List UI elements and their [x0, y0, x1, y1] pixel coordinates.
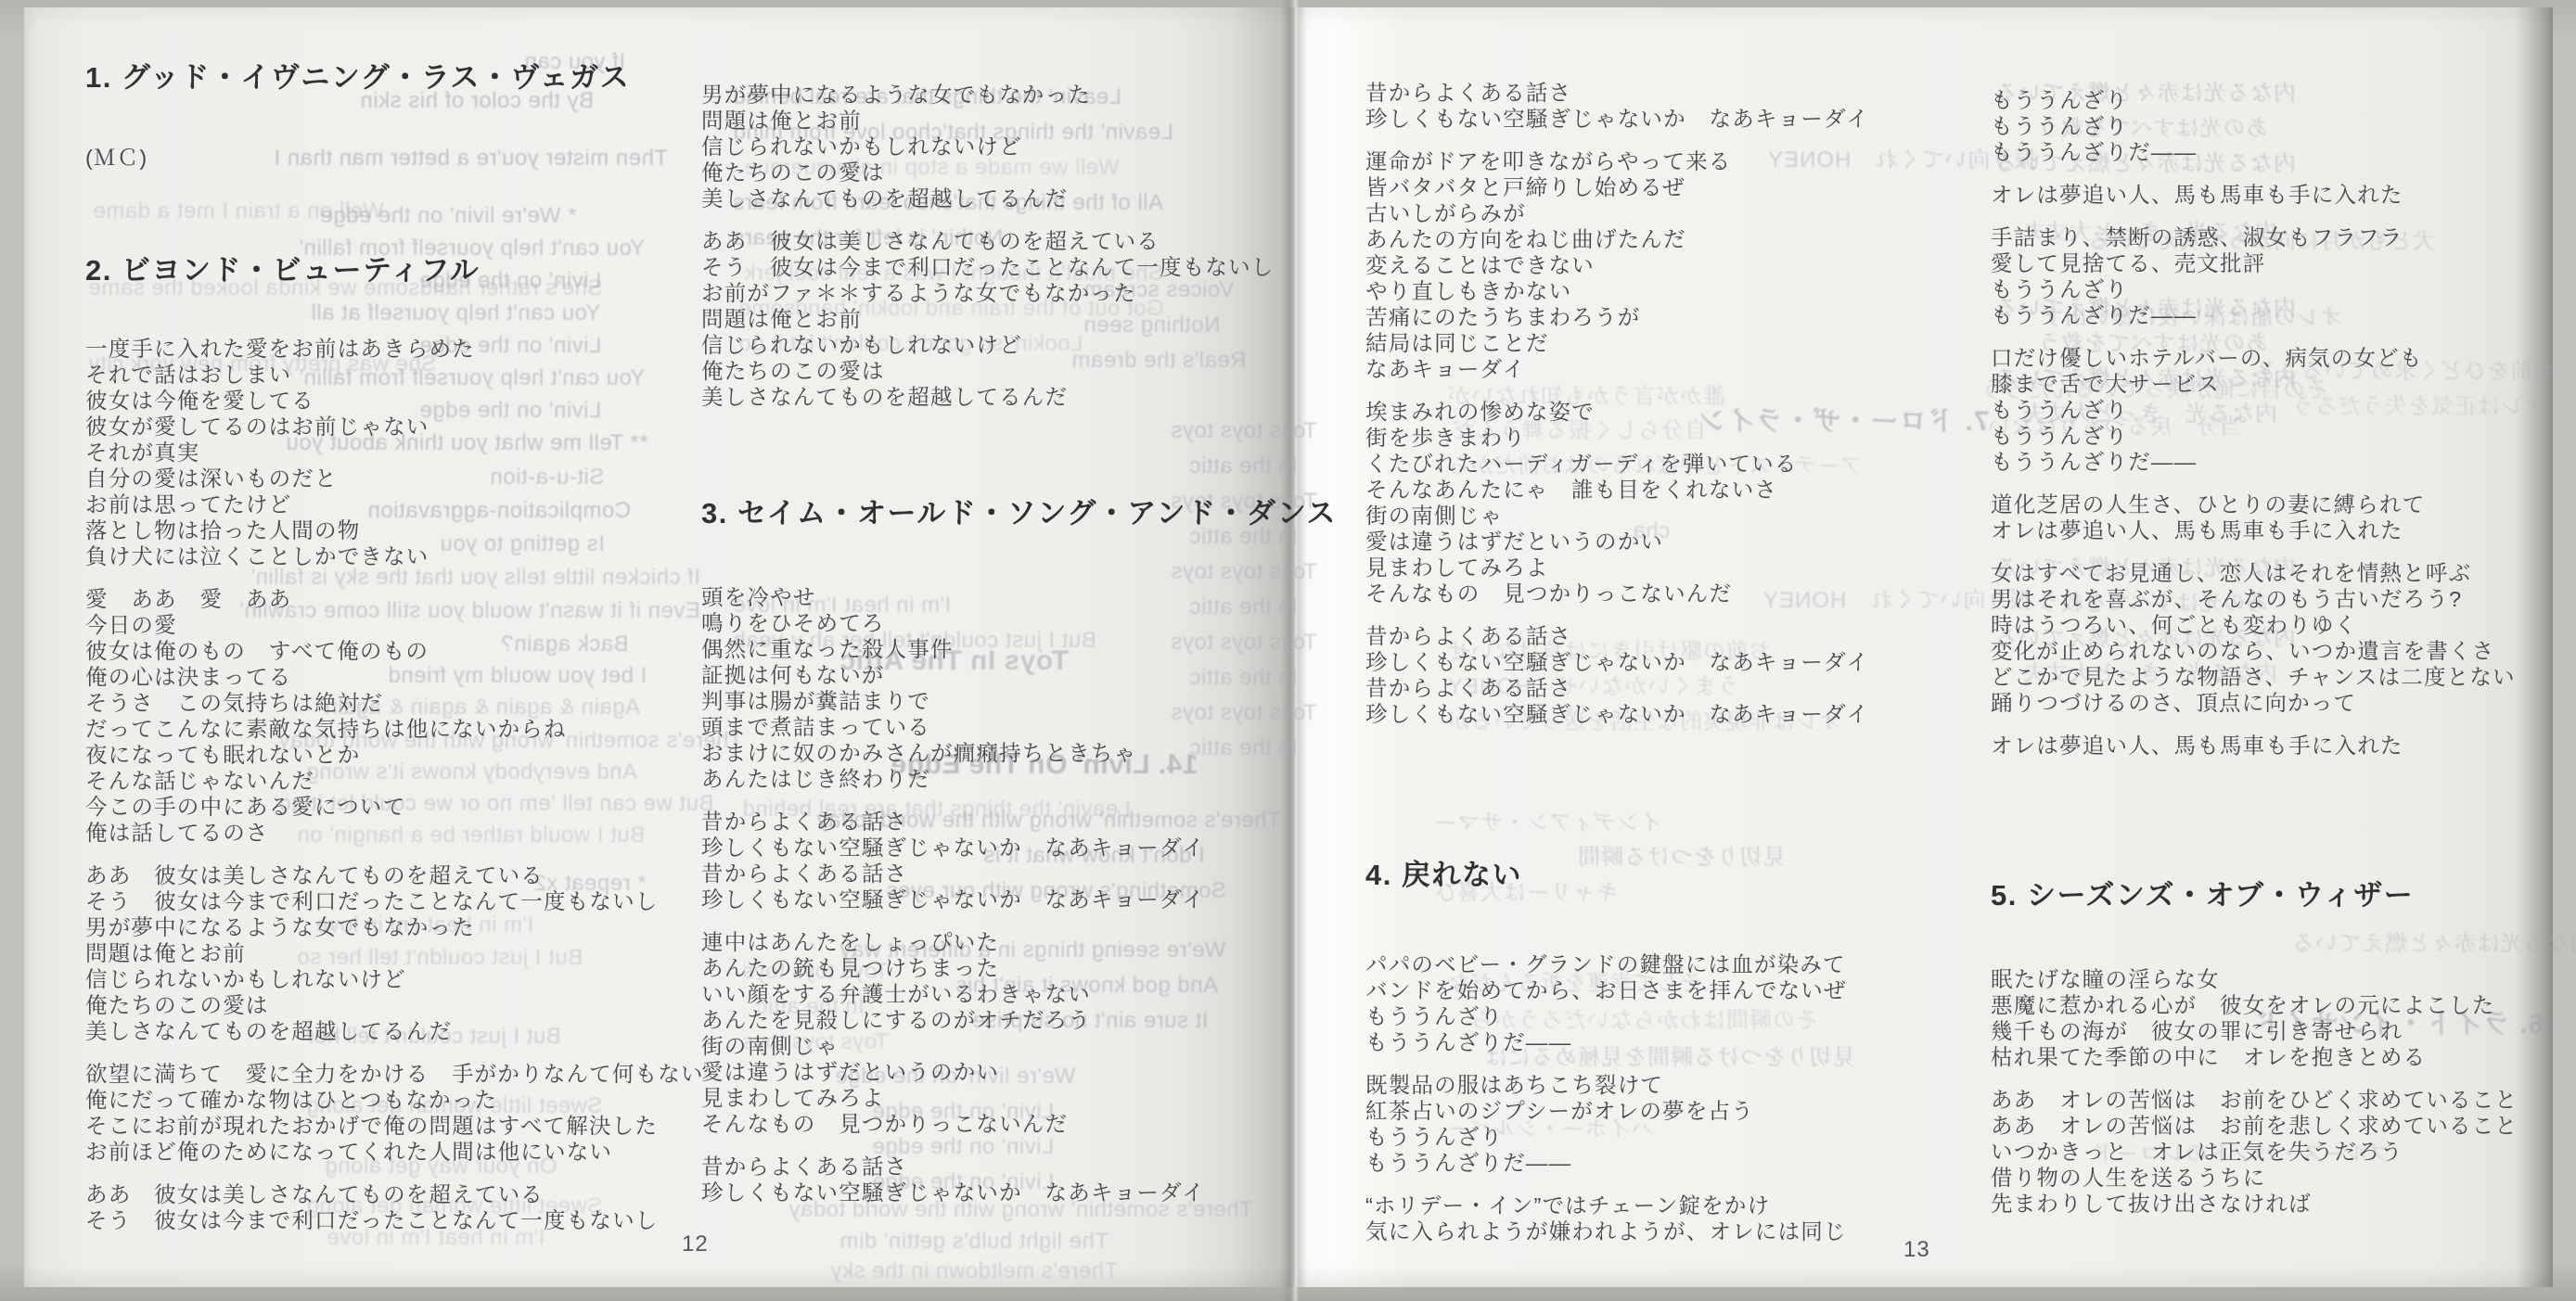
lyric-line: 昔からよくある話さ — [1365, 675, 1959, 701]
lyric-line: ああ 彼女は美しさなんてものを超えている — [701, 228, 1295, 254]
lyric-line: そこにお前が現れたおかげで俺の問題はすべて解決した — [85, 1113, 679, 1139]
lyric-line: 見まわしてみろよ — [1365, 555, 1959, 580]
lyric-line: 古いしがらみが — [1365, 200, 1959, 226]
lyric-line: もううんざり — [1991, 397, 2566, 423]
lyric-line: あんたはじき終わりだ — [701, 766, 1295, 792]
lyric-line: 苦痛にのたうちまわろうが — [1365, 304, 1959, 330]
lyric-line: 信じられないかもしれないけど — [701, 134, 1295, 159]
lyric-line: もううんざり — [1991, 113, 2566, 139]
lyric-line: 街の南側じゃ — [701, 1033, 1295, 1059]
lyric-line: あんたの銃も見つけちまった — [701, 955, 1295, 981]
lyric-line: 借り物の人生を送るうちに — [1991, 1165, 2566, 1191]
lyric-line: もううんざり — [1991, 87, 2566, 113]
lyric-line: お前ほど俺のためになってくれた人間は他にいない — [85, 1139, 679, 1165]
lyric-line: 信じられないかもしれないけど — [85, 966, 679, 992]
lyric-line: いつかきっと オレは正気を失うだろう — [1991, 1139, 2566, 1165]
lyric-line: 埃まみれの惨めな姿で — [1365, 399, 1959, 425]
lyric-line: もううんざりだ―― — [1365, 1029, 1959, 1055]
lyric-line: 気に入られようが嫌われようが、オレには同じ — [1365, 1218, 1959, 1244]
lyric-line: 連中はあんたをしょっぴいた — [701, 929, 1295, 955]
lyric-line: 証拠は何もないが — [701, 662, 1295, 688]
lyrics-column-4: もううんざりもううんざりもううんざりだ――オレは夢追い人、馬も馬車も手に入れた手… — [1991, 87, 2566, 1217]
lyric-line: 愛は違うはずだというのかい — [701, 1059, 1295, 1085]
lyric-stanza: ああ 彼女は美しさなんてものを超えているそう 彼女は今まで利口だったことなんて一… — [701, 228, 1295, 410]
lyric-line: 美しさなんてものを超越してるんだ — [701, 185, 1295, 211]
lyric-line: 美しさなんてものを超越してるんだ — [701, 384, 1295, 410]
lyric-stanza: 昔からよくある話さ珍しくもない空騒ぎじゃないか なあキョーダイ昔からよくある話さ… — [701, 809, 1295, 912]
lyric-stanza: 頭を冷やせ鳴りをひそめてろ偶然に重なった殺人事件証拠は何もないが判事は腸が糞詰ま… — [701, 584, 1295, 792]
lyric-line: (ＭＣ) — [85, 145, 679, 171]
lyrics-column-1: 1. グッド・イヴニング・ラス・ヴェガス(ＭＣ)2. ビヨンド・ビューティフル一… — [85, 59, 679, 1233]
lyric-line: お前がファ＊＊するような女でもなかった — [701, 280, 1295, 306]
lyric-line: あんたを見殺しにするのがオチだろう — [701, 1007, 1295, 1033]
lyric-line: 昔からよくある話さ — [1365, 80, 1959, 106]
lyric-line: 街を歩きまわり — [1365, 425, 1959, 451]
lyric-line: 判事は腸が糞詰まりで — [701, 688, 1295, 714]
lyric-line: 変えることはできない — [1365, 252, 1959, 278]
lyric-line: もううんざりだ―― — [1991, 302, 2566, 328]
lyric-line: 男が夢中になるような女でもなかった — [701, 82, 1295, 108]
lyric-line: もううんざりだ―― — [1991, 449, 2566, 475]
lyric-stanza: 手詰まり、禁断の誘惑、淑女もフラフラ愛して見捨てる、売文批評もううんざりもううん… — [1991, 224, 2566, 328]
lyric-line: 俺たちのこの愛は — [701, 159, 1295, 185]
lyric-line: 頭まで煮詰まっている — [701, 714, 1295, 740]
lyric-line: いい顔をする弁護士がいるわきゃない — [701, 981, 1295, 1007]
lyric-line: 欲望に満ちて 愛に全力をかける 手がかりなんて何もない — [85, 1061, 679, 1087]
lyric-line: 変化が止められないのなら、いつか遺言を書くさ — [1991, 638, 2566, 664]
lyric-stanza: オレは夢追い人、馬も馬車も手に入れた — [1991, 733, 2566, 759]
lyric-stanza: 道化芝居の人生さ、ひとりの妻に縛られてオレは夢追い人、馬も馬車も手に入れた — [1991, 491, 2566, 543]
lyric-line: 悪魔に惹かれる心が 彼女をオレの元によこした — [1991, 992, 2566, 1018]
lyric-line: 彼女は今俺を愛してる — [85, 388, 679, 414]
lyric-line: あんたの方向をねじ曲げたんだ — [1365, 226, 1959, 252]
lyric-line: ああ オレの苦悩は お前をひどく求めていること — [1991, 1087, 2566, 1113]
lyric-line: 今この手の中にある愛について — [85, 794, 679, 820]
lyric-stanza: (ＭＣ) — [85, 145, 679, 171]
lyric-line: 珍しくもない空騒ぎじゃないか なあキョーダイ — [1365, 701, 1959, 727]
lyric-line: 問題は俺とお前 — [701, 306, 1295, 332]
lyric-line: 珍しくもない空騒ぎじゃないか なあキョーダイ — [1365, 106, 1959, 132]
lyric-line: 見まわしてみろよ — [701, 1085, 1295, 1111]
lyric-line: パパのベビー・グランドの鍵盤には血が染みて — [1365, 951, 1959, 977]
lyric-line: 口だけ優しいホテルバーの、病気の女ども — [1991, 345, 2566, 371]
lyric-line: 彼女が愛してるのはお前じゃない — [85, 414, 679, 440]
lyrics-column-3: 昔からよくある話さ珍しくもない空騒ぎじゃないか なあキョーダイ運命がドアを叩きな… — [1365, 80, 1959, 1244]
lyric-line: 俺たちのこの愛は — [701, 358, 1295, 384]
lyric-line: 膝まで舌で大サービス — [1991, 371, 2566, 397]
lyric-line: 昔からよくある話さ — [701, 861, 1295, 886]
lyric-line: そう 彼女は今まで利口だったことなんて一度もないし — [85, 888, 679, 914]
lyric-line: ああ オレの苦悩は お前を悲しく求めていること — [1991, 1113, 2566, 1139]
lyric-line: オレは夢追い人、馬も馬車も手に入れた — [1991, 182, 2566, 208]
lyric-line: なあキョーダイ — [1365, 356, 1959, 382]
lyric-line: 手詰まり、禁断の誘惑、淑女もフラフラ — [1991, 224, 2566, 250]
lyric-line: オレは夢追い人、馬も馬車も手に入れた — [1991, 517, 2566, 543]
lyric-line: 街の南側じゃ — [1365, 503, 1959, 529]
lyric-line: 愛して見捨てる、売文批評 — [1991, 250, 2566, 276]
song-title: 4. 戻れない — [1365, 857, 1959, 894]
lyric-line: もううんざり — [1365, 1003, 1959, 1029]
lyric-line: オレは夢追い人、馬も馬車も手に入れた — [1991, 733, 2566, 759]
lyric-line: もううんざり — [1991, 423, 2566, 449]
lyric-line: 男はそれを喜ぶが、そんなのもう古いだろう? — [1991, 586, 2566, 612]
lyric-line: 今日の愛 — [85, 612, 679, 638]
lyric-stanza: 昔からよくある話さ珍しくもない空騒ぎじゃないか なあキョーダイ — [1365, 80, 1959, 132]
lyric-line: 鳴りをひそめてろ — [701, 610, 1295, 636]
lyric-line: 男が夢中になるような女でもなかった — [85, 914, 679, 940]
song-title: 1. グッド・イヴニング・ラス・ヴェガス — [85, 59, 679, 96]
lyric-line: 珍しくもない空騒ぎじゃないか なあキョーダイ — [701, 1180, 1295, 1205]
lyric-line: 俺にだって確かな物はひとつもなかった — [85, 1087, 679, 1113]
lyrics-column-2: 男が夢中になるような女でもなかった問題は俺とお前信じられないかもしれないけど俺た… — [701, 82, 1295, 1205]
lyric-line: そう 彼女は今まで利口だったことなんて一度もないし — [85, 1207, 679, 1233]
lyric-stanza: 欲望に満ちて 愛に全力をかける 手がかりなんて何もない俺にだって確かな物はひとつ… — [85, 1061, 679, 1165]
lyric-stanza: 運命がドアを叩きながらやって来る皆バタバタと戸締りし始めるぜ古いしがらみがあんた… — [1365, 148, 1959, 382]
lyric-stanza: 連中はあんたをしょっぴいたあんたの銃も見つけちまったいい顔をする弁護士がいるわき… — [701, 929, 1295, 1137]
lyric-stanza: 男が夢中になるような女でもなかった問題は俺とお前信じられないかもしれないけど俺た… — [701, 82, 1295, 211]
page-number-left: 12 — [682, 1231, 709, 1257]
lyric-line: 踊りつづけるのさ、頂点に向かって — [1991, 690, 2566, 716]
lyric-line: もううんざり — [1365, 1124, 1959, 1150]
lyric-line: 珍しくもない空騒ぎじゃないか なあキョーダイ — [701, 886, 1295, 912]
lyric-line: 俺たちのこの愛は — [85, 992, 679, 1018]
lyric-line: そんなもの 見つかりっこないんだ — [701, 1111, 1295, 1137]
lyric-line: そうさ この気持ちは絶対だ — [85, 690, 679, 716]
lyric-line: 一度手に入れた愛をお前はあきらめた — [85, 336, 679, 362]
lyric-line: そんな話じゃないんだ — [85, 768, 679, 794]
lyric-stanza: 昔からよくある話さ珍しくもない空騒ぎじゃないか なあキョーダイ — [701, 1154, 1295, 1205]
lyric-line: 信じられないかもしれないけど — [701, 332, 1295, 358]
lyric-line: 既製品の服はあちこち裂けて — [1365, 1072, 1959, 1098]
song-title: 2. ビヨンド・ビューティフル — [85, 252, 679, 289]
lyric-line: 頭を冷やせ — [701, 584, 1295, 610]
lyric-line: 紅茶占いのジプシーがオレの夢を占う — [1365, 1098, 1959, 1124]
lyric-line: どこかで見たような物語さ、チャンスは二度とない — [1991, 664, 2566, 690]
lyric-line: 道化芝居の人生さ、ひとりの妻に縛られて — [1991, 491, 2566, 517]
lyric-line: ああ 彼女は美しさなんてものを超えている — [85, 1181, 679, 1207]
lyric-line: 珍しくもない空騒ぎじゃないか なあキョーダイ — [1365, 649, 1959, 675]
song-title: 5. シーズンズ・オブ・ウィザー — [1991, 877, 2566, 914]
lyric-line: 昔からよくある話さ — [1365, 623, 1959, 649]
lyric-line: そんなあんたにゃ 誰も目をくれないさ — [1365, 477, 1959, 503]
lyric-line: 愛は違うはずだというのかい — [1365, 529, 1959, 555]
lyric-stanza: 女はすべてお見通し、恋人はそれを情熱と呼ぶ男はそれを喜ぶが、そんなのもう古いだろ… — [1991, 560, 2566, 716]
lyric-line: 負け犬には泣くことしかできない — [85, 543, 679, 569]
lyric-line: 落とし物は拾った人間の物 — [85, 517, 679, 543]
lyric-line: 問題は俺とお前 — [701, 108, 1295, 134]
lyric-stanza: 既製品の服はあちこち裂けて紅茶占いのジプシーがオレの夢を占うもううんざりもううん… — [1365, 1072, 1959, 1176]
lyric-line: 皆バタバタと戸締りし始めるぜ — [1365, 174, 1959, 200]
lyric-stanza: 口だけ優しいホテルバーの、病気の女ども膝まで舌で大サービスもううんざりもううんざ… — [1991, 345, 2566, 475]
lyric-stanza: ああ 彼女は美しさなんてものを超えているそう 彼女は今まで利口だったことなんて一… — [85, 862, 679, 1044]
lyric-line: 昔からよくある話さ — [701, 809, 1295, 835]
lyric-line: やり直しもきかない — [1365, 278, 1959, 304]
lyric-line: それで話はおしまい — [85, 362, 679, 388]
lyric-stanza: ああ 彼女は美しさなんてものを超えているそう 彼女は今まで利口だったことなんて一… — [85, 1181, 679, 1233]
lyric-line: もううんざり — [1991, 276, 2566, 302]
lyric-line: おまけに奴のかみさんが癇癪持ちときちゃ — [701, 740, 1295, 766]
lyric-stanza: 愛 ああ 愛 ああ今日の愛彼女は俺のもの すべて俺のもの俺の心は決まってるそうさ… — [85, 586, 679, 846]
lyric-line: 美しさなんてものを超越してるんだ — [85, 1018, 679, 1044]
lyric-line: 先まわりして抜け出さなければ — [1991, 1191, 2566, 1217]
booklet-scan-spread: If you canBy the color of his skinThen m… — [0, 0, 2576, 1301]
lyric-line: 幾千もの海が 彼女の罪に引き寄せられ — [1991, 1018, 2566, 1044]
lyric-line: 俺の心は決まってる — [85, 664, 679, 690]
lyric-line: “ホリデー・イン”ではチェーン錠をかけ — [1365, 1193, 1959, 1218]
song-title: 3. セイム・オールド・ソング・アンド・ダンス — [701, 495, 1295, 532]
lyric-line: 問題は俺とお前 — [85, 940, 679, 966]
lyric-line: もううんざりだ―― — [1365, 1150, 1959, 1176]
lyric-stanza: ああ オレの苦悩は お前をひどく求めていることああ オレの苦悩は お前を悲しく求… — [1991, 1087, 2566, 1217]
lyric-line: くたびれたハーディガーディを弾いている — [1365, 451, 1959, 477]
lyric-line: ああ 彼女は美しさなんてものを超えている — [85, 862, 679, 888]
lyric-line: そんなもの 見つかりっこないんだ — [1365, 580, 1959, 606]
lyric-line: 眠たげな瞳の淫らな女 — [1991, 966, 2566, 992]
lyric-line: 結局は同じことだ — [1365, 330, 1959, 356]
lyric-line: 自分の愛は深いものだと — [85, 466, 679, 491]
lyric-line: 彼女は俺のもの すべて俺のもの — [85, 638, 679, 664]
lyric-line: 偶然に重なった殺人事件 — [701, 636, 1295, 662]
lyric-line: 愛 ああ 愛 ああ — [85, 586, 679, 612]
lyric-line: 女はすべてお見通し、恋人はそれを情熱と呼ぶ — [1991, 560, 2566, 586]
lyric-line: 時はうつろい、何ごとも変わりゆく — [1991, 612, 2566, 638]
lyric-line: 珍しくもない空騒ぎじゃないか なあキョーダイ — [701, 835, 1295, 861]
lyric-stanza: 昔からよくある話さ珍しくもない空騒ぎじゃないか なあキョーダイ昔からよくある話さ… — [1365, 623, 1959, 727]
lyric-line: 夜になっても眠れないとか — [85, 742, 679, 768]
lyric-line: それが真実 — [85, 440, 679, 466]
lyric-stanza: 埃まみれの惨めな姿で街を歩きまわりくたびれたハーディガーディを弾いているそんなあ… — [1365, 399, 1959, 606]
lyric-stanza: 眠たげな瞳の淫らな女悪魔に惹かれる心が 彼女をオレの元によこした幾千もの海が 彼… — [1991, 966, 2566, 1070]
page-number-right: 13 — [1903, 1237, 1930, 1263]
lyric-stanza: オレは夢追い人、馬も馬車も手に入れた — [1991, 182, 2566, 208]
lyric-line: お前は思ってたけど — [85, 491, 679, 517]
lyric-line: だってこんなに素敵な気持ちは他にないからね — [85, 716, 679, 742]
lyric-line: 昔からよくある話さ — [701, 1154, 1295, 1180]
lyric-line: 俺は話してるのさ — [85, 820, 679, 846]
lyric-line: もううんざりだ―― — [1991, 139, 2566, 165]
lyric-stanza: パパのベビー・グランドの鍵盤には血が染みてバンドを始めてから、お日さまを拝んでな… — [1365, 951, 1959, 1055]
lyric-line: 枯れ果てた季節の中に オレを抱きとめる — [1991, 1044, 2566, 1070]
lyric-line: そう 彼女は今まで利口だったことなんて一度もないし — [701, 254, 1295, 280]
lyric-stanza: 一度手に入れた愛をお前はあきらめたそれで話はおしまい彼女は今俺を愛してる彼女が愛… — [85, 336, 679, 569]
lyric-stanza: “ホリデー・イン”ではチェーン錠をかけ気に入られようが嫌われようが、オレには同じ — [1365, 1193, 1959, 1244]
lyric-stanza: もううんざりもううんざりもううんざりだ―― — [1991, 87, 2566, 165]
lyric-line: バンドを始めてから、お日さまを拝んでないぜ — [1365, 977, 1959, 1003]
lyric-line: 運命がドアを叩きながらやって来る — [1365, 148, 1959, 174]
